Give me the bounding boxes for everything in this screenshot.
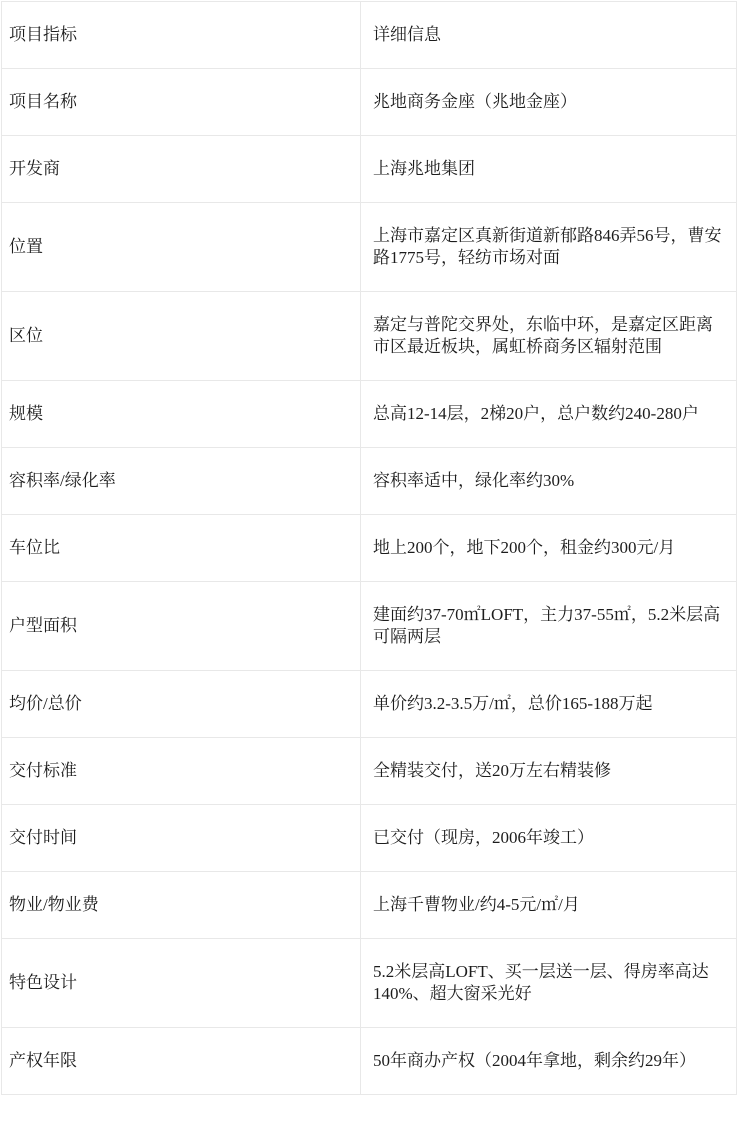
row-detail: 上海千曹物业/约4-5元/㎡/月 (361, 872, 737, 939)
row-detail: 上海兆地集团 (361, 136, 737, 203)
table-row: 区位 嘉定与普陀交界处，东临中环，是嘉定区距离市区最近板块，属虹桥商务区辐射范围 (2, 292, 737, 381)
table-row: 容积率/绿化率 容积率适中，绿化率约30% (2, 448, 737, 515)
row-detail: 容积率适中，绿化率约30% (361, 448, 737, 515)
row-indicator: 户型面积 (2, 582, 361, 671)
row-indicator: 容积率/绿化率 (2, 448, 361, 515)
row-indicator: 均价/总价 (2, 671, 361, 738)
row-detail: 单价约3.2-3.5万/㎡，总价165-188万起 (361, 671, 737, 738)
table-row: 均价/总价 单价约3.2-3.5万/㎡，总价165-188万起 (2, 671, 737, 738)
row-indicator: 物业/物业费 (2, 872, 361, 939)
project-info-table: 项目指标 详细信息 项目名称 兆地商务金座（兆地金座） 开发商 上海兆地集团 位… (1, 1, 737, 1095)
table-row: 交付标准 全精装交付，送20万左右精装修 (2, 738, 737, 805)
column-header-detail: 详细信息 (361, 2, 737, 69)
row-indicator: 特色设计 (2, 939, 361, 1028)
table-row: 物业/物业费 上海千曹物业/约4-5元/㎡/月 (2, 872, 737, 939)
row-detail: 总高12-14层，2梯20户，总户数约240-280户 (361, 381, 737, 448)
table-row: 产权年限 50年商办产权（2004年拿地，剩余约29年） (2, 1028, 737, 1095)
table-row: 项目名称 兆地商务金座（兆地金座） (2, 69, 737, 136)
row-detail: 50年商办产权（2004年拿地，剩余约29年） (361, 1028, 737, 1095)
table-row: 交付时间 已交付（现房，2006年竣工） (2, 805, 737, 872)
table-row: 开发商 上海兆地集团 (2, 136, 737, 203)
table-body: 项目名称 兆地商务金座（兆地金座） 开发商 上海兆地集团 位置 上海市嘉定区真新… (2, 69, 737, 1095)
row-detail: 建面约37-70㎡LOFT，主力37-55㎡，5.2米层高可隔两层 (361, 582, 737, 671)
row-indicator: 开发商 (2, 136, 361, 203)
row-detail: 全精装交付，送20万左右精装修 (361, 738, 737, 805)
row-detail: 已交付（现房，2006年竣工） (361, 805, 737, 872)
table-row: 位置 上海市嘉定区真新街道新郁路846弄56号，曹安路1775号，轻纺市场对面 (2, 203, 737, 292)
row-detail: 嘉定与普陀交界处，东临中环，是嘉定区距离市区最近板块，属虹桥商务区辐射范围 (361, 292, 737, 381)
row-indicator: 产权年限 (2, 1028, 361, 1095)
row-indicator: 位置 (2, 203, 361, 292)
table-header-row: 项目指标 详细信息 (2, 2, 737, 69)
row-indicator: 交付时间 (2, 805, 361, 872)
row-indicator: 区位 (2, 292, 361, 381)
row-detail: 地上200个，地下200个，租金约300元/月 (361, 515, 737, 582)
row-detail: 兆地商务金座（兆地金座） (361, 69, 737, 136)
row-indicator: 项目名称 (2, 69, 361, 136)
column-header-indicator: 项目指标 (2, 2, 361, 69)
table-row: 车位比 地上200个，地下200个，租金约300元/月 (2, 515, 737, 582)
row-detail: 上海市嘉定区真新街道新郁路846弄56号，曹安路1775号，轻纺市场对面 (361, 203, 737, 292)
row-detail: 5.2米层高LOFT、买一层送一层、得房率高达140%、超大窗采光好 (361, 939, 737, 1028)
table-row: 规模 总高12-14层，2梯20户，总户数约240-280户 (2, 381, 737, 448)
table-row: 户型面积 建面约37-70㎡LOFT，主力37-55㎡，5.2米层高可隔两层 (2, 582, 737, 671)
row-indicator: 车位比 (2, 515, 361, 582)
row-indicator: 交付标准 (2, 738, 361, 805)
table-row: 特色设计 5.2米层高LOFT、买一层送一层、得房率高达140%、超大窗采光好 (2, 939, 737, 1028)
row-indicator: 规模 (2, 381, 361, 448)
